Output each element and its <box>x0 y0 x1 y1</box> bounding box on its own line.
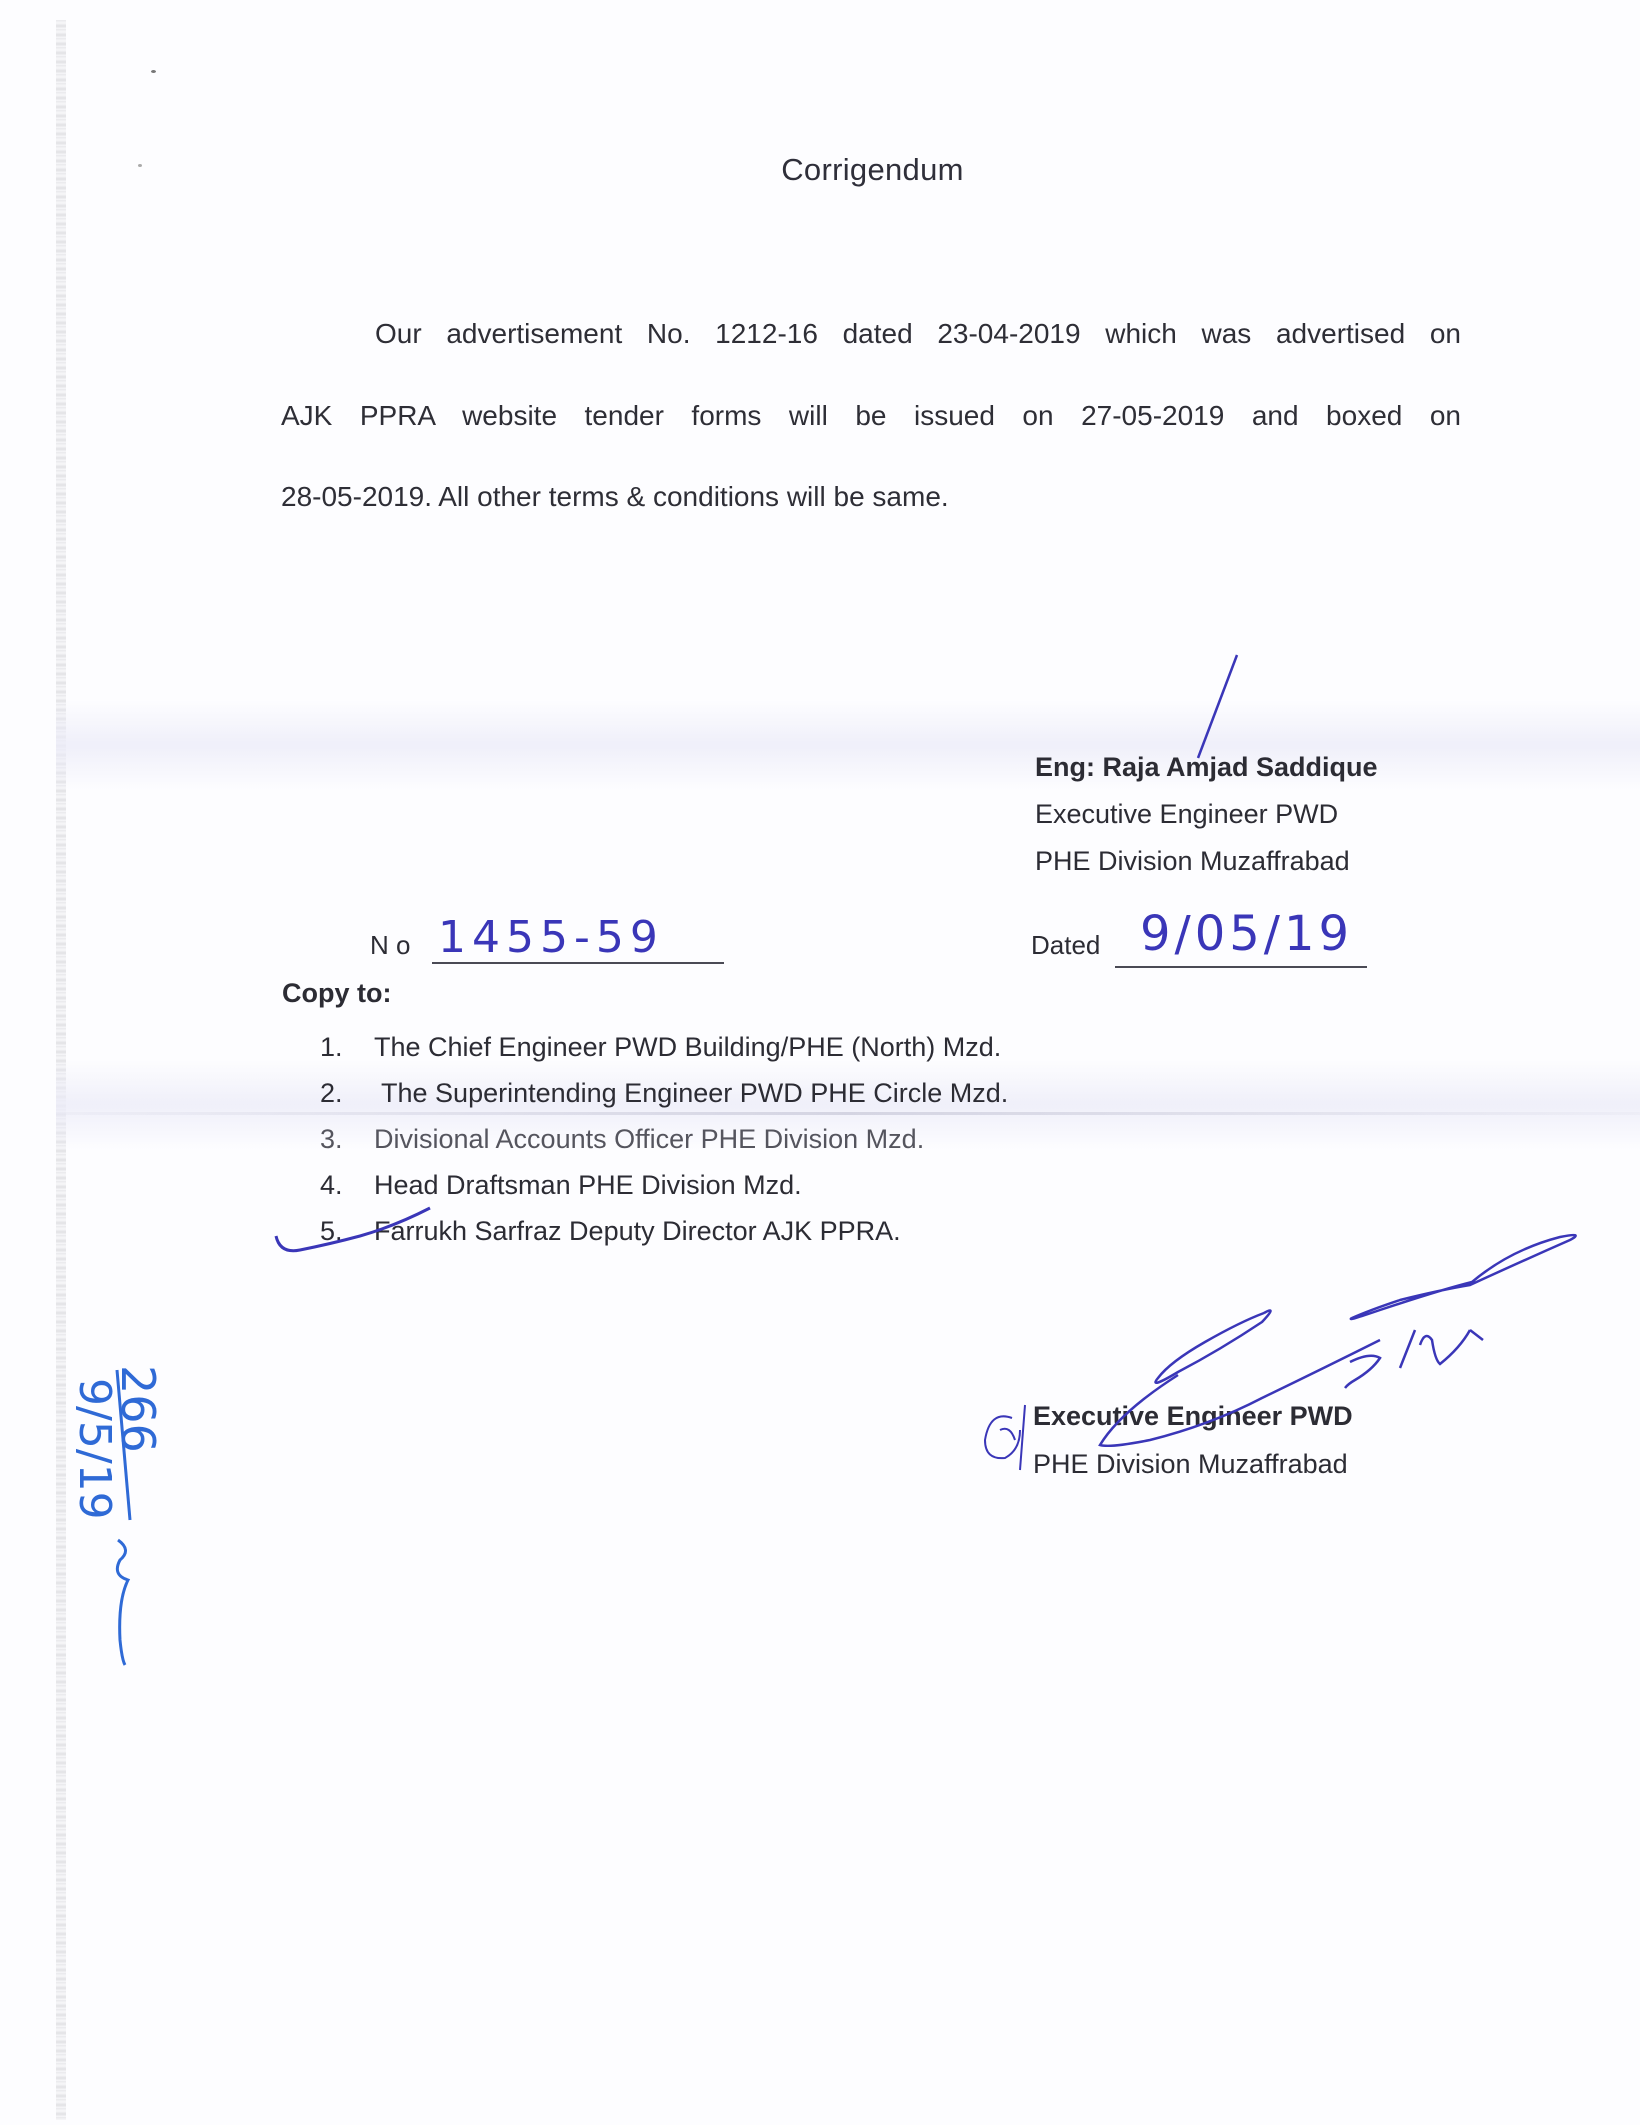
copy-to-item: 1.The Chief Engineer PWD Building/PHE (N… <box>320 1024 1008 1070</box>
dated-handwritten: 9/05/19 <box>1140 906 1353 962</box>
reference-number-label: N o <box>370 930 410 961</box>
paper-shadow <box>56 700 1640 790</box>
dated-underline <box>1115 966 1367 968</box>
body-line-2: AJK PPRA website tender forms will be is… <box>281 402 1461 430</box>
initials-mark <box>985 1405 1025 1470</box>
signature-initial <box>1345 1356 1380 1388</box>
copy-to-item: 5.Farrukh Sarfraz Deputy Director AJK PP… <box>320 1208 1008 1254</box>
reference-number-handwritten: 1455-59 <box>438 912 664 963</box>
copy-to-item: 4.Head Draftsman PHE Division Mzd. <box>320 1162 1008 1208</box>
copy-to-list: 1.The Chief Engineer PWD Building/PHE (N… <box>320 1024 1008 1254</box>
body-line-1: Our advertisement No. 1212-16 dated 23-0… <box>375 320 1461 348</box>
signature <box>1351 1235 1576 1319</box>
signatory-office: PHE Division Muzaffrabad <box>1035 838 1378 885</box>
footer-designation: Executive Engineer PWD <box>1033 1392 1353 1440</box>
footer-signatory-block: Executive Engineer PWD PHE Division Muza… <box>1033 1392 1353 1488</box>
document-title: Corrigendum <box>0 152 1640 188</box>
signatory-name: Eng: Raja Amjad Saddique <box>1035 744 1378 791</box>
paper-speck <box>151 70 156 73</box>
margin-note-date: 9/5/19 <box>69 1378 120 1520</box>
signatory-designation: Executive Engineer PWD <box>1035 791 1378 838</box>
footer-office: PHE Division Muzaffrabad <box>1033 1440 1353 1488</box>
copy-to-item: 3.Divisional Accounts Officer PHE Divisi… <box>320 1116 1008 1162</box>
dated-label: Dated <box>1031 930 1100 961</box>
signature-initial <box>1400 1330 1483 1368</box>
margin-note-initials <box>117 1540 128 1665</box>
body-line-3: 28-05-2019. All other terms & conditions… <box>281 483 1461 511</box>
copy-to-item: 2. The Superintending Engineer PWD PHE C… <box>320 1070 1008 1116</box>
signatory-block: Eng: Raja Amjad Saddique Executive Engin… <box>1035 744 1378 885</box>
signature <box>1156 1310 1271 1382</box>
copy-to-label: Copy to: <box>282 978 391 1009</box>
